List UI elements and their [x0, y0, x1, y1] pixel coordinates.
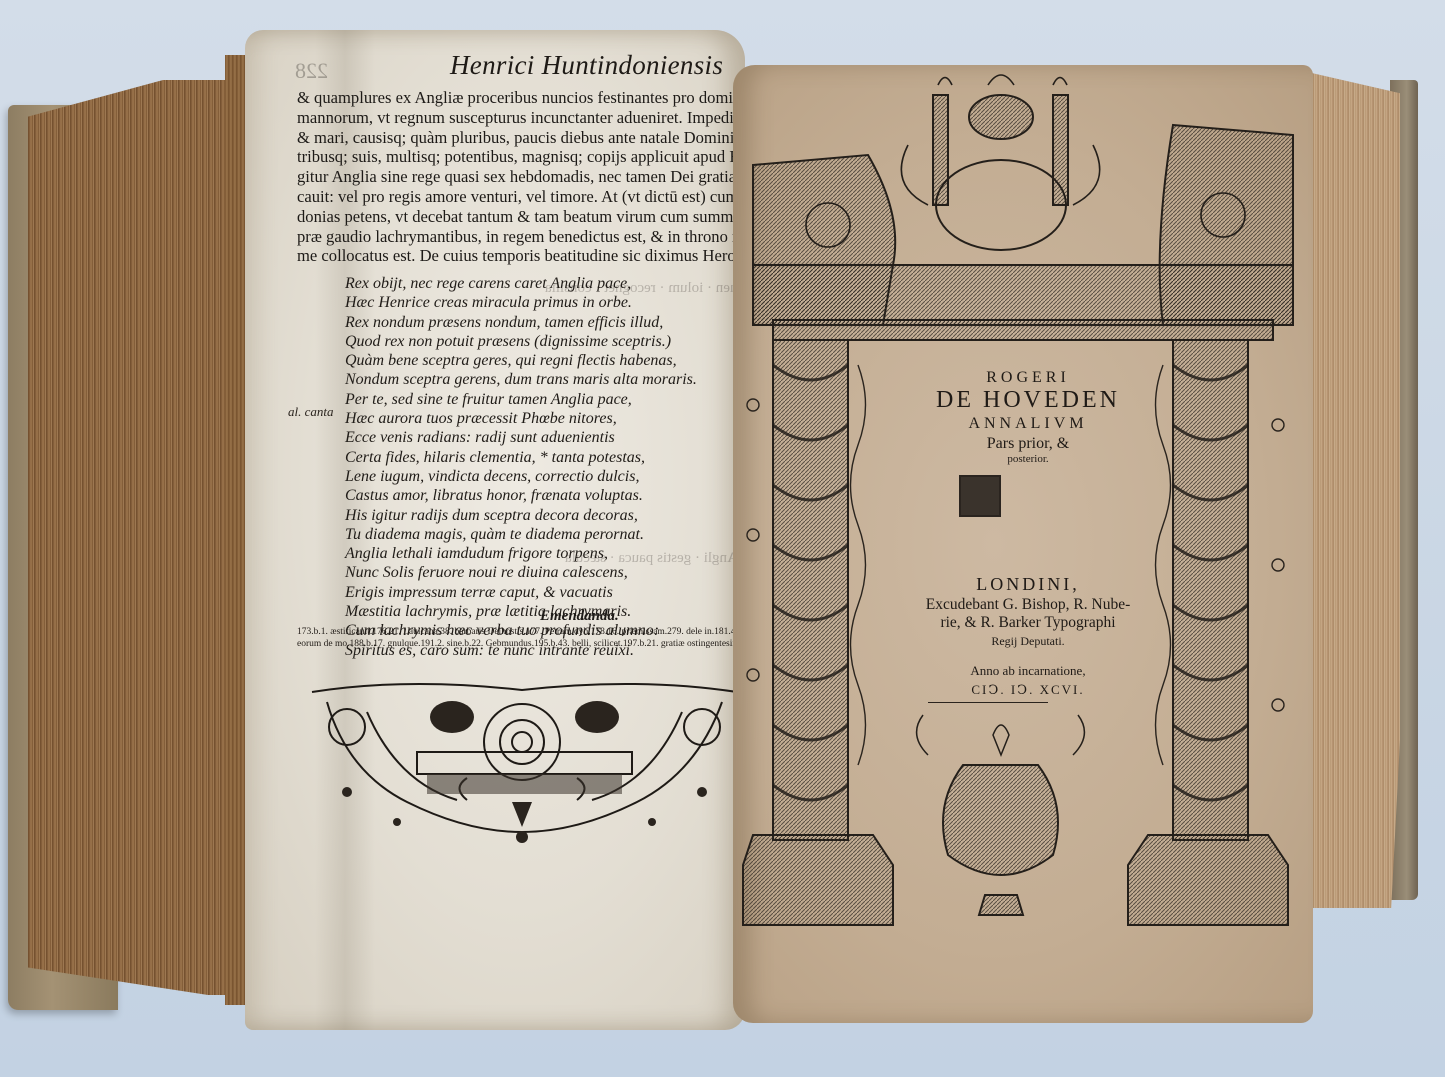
title-parts-cont: posterior.: [883, 453, 1173, 465]
prose-line: præ gaudio lachrymantibus, in regem bene…: [297, 227, 745, 247]
emendanda-line: eorum de mo.188.b.17. gnulque.191.2. sin…: [297, 638, 737, 650]
imprint-printers: Excudebant G. Bishop, R. Nube- rie, & R.…: [883, 596, 1173, 650]
verse-line: Certa fides, hilaris clementia, * tanta …: [345, 448, 697, 467]
prose-line: gitur Anglia sine rege quasi sex hebdoma…: [297, 167, 745, 187]
verse-line: Per te, sed sine te fruitur tamen Anglia…: [345, 390, 697, 409]
prose-line: me collocatus est. De cuius temporis bea…: [297, 246, 745, 266]
verse-line: Erigis impressum terræ caput, & vacuatis: [345, 583, 697, 602]
folio-number: 228: [295, 58, 328, 84]
verse-line: Tu diadema magis, quàm te diadema perorn…: [345, 525, 697, 544]
imprint-anno: Anno ab incarnatione,: [883, 663, 1173, 679]
verse-line: Quod rex non potuit præsens (dignissime …: [345, 332, 697, 351]
emendanda-list: 173.b.1. æstificauit.176.21. Laulcana.38…: [297, 626, 737, 650]
margin-note: al. canta: [288, 404, 334, 420]
imprint-rule: [928, 702, 1048, 703]
verse-block: Rex obijt, nec rege carens caret Anglia …: [345, 274, 697, 660]
woodcut-border-frame-icon: [733, 65, 1313, 1023]
verse-line: Anglia lethali iamdudum frigore torpens,: [345, 544, 697, 563]
title-page: ROGERI DE HOVEDEN ANNALIVM Pars prior, &…: [733, 65, 1313, 1023]
page-edges-left: [28, 80, 253, 995]
title-parts: Pars prior, &: [883, 435, 1173, 453]
verse-line: Nondum sceptra gerens, dum trans maris a…: [345, 370, 697, 389]
title-author-surname: DE HOVEDEN: [883, 387, 1173, 414]
title-work: ANNALIVM: [883, 415, 1173, 433]
prose-block: & quamplures ex Angliæ proceribus nuncio…: [297, 88, 745, 266]
verse-line: Ecce venis radians: radij sunt aduenient…: [345, 428, 697, 447]
emendanda-heading: Emendanda.: [540, 608, 619, 625]
verse-line: Hæc aurora tuos præcessit Phœbe nitores,: [345, 409, 697, 428]
verse-line: Hæc Henrice creas miracula primus in orb…: [345, 293, 697, 312]
imprint-line: Excudebant G. Bishop, R. Nube-: [883, 596, 1173, 614]
verse-line: Lene iugum, vindicta decens, correctio d…: [345, 467, 697, 486]
prose-line: tribusq; suis, multisq; potentibus, magn…: [297, 147, 745, 167]
printer-ornament-icon: [959, 475, 1001, 517]
verse-line: Rex nondum præsens nondum, tamen efficis…: [345, 313, 697, 332]
emendanda-line: 173.b.1. æstificauit.176.21. Laulcana.38…: [297, 626, 737, 638]
prose-line: & mari, causisq; quàm pluribus, paucis d…: [297, 128, 745, 148]
imprint-line: rie, & R. Barker Typographi: [883, 614, 1173, 632]
verse-line: Nunc Solis feruore noui re diuina calesc…: [345, 563, 697, 582]
left-page: frequen · iolum · recognet · consilia in…: [245, 30, 745, 1030]
prose-line: & quamplures ex Angliæ proceribus nuncio…: [297, 88, 745, 108]
title-author-forename: ROGERI: [883, 369, 1173, 387]
imprint-date: CIↃ. IↃ. XCVI.: [883, 682, 1173, 698]
woodcut-headpiece-icon: [307, 682, 742, 847]
prose-line: cauit: vel pro regis amore venturi, vel …: [297, 187, 745, 207]
imprint-line: Regij Deputati.: [883, 632, 1173, 650]
running-head: Henrici Huntindoniensis: [450, 50, 723, 81]
prose-line: mannorum, vt regnum suscepturus incuncta…: [297, 108, 745, 128]
verse-line: Rex obijt, nec rege carens caret Anglia …: [345, 274, 697, 293]
verse-line: Castus amor, libratus honor, frænata vol…: [345, 486, 697, 505]
prose-line: donias petens, vt decebat tantum & tam b…: [297, 207, 745, 227]
imprint-place: LONDINI,: [883, 574, 1173, 595]
verse-line: Quàm bene sceptra geres, qui regni flect…: [345, 351, 697, 370]
verse-line: His igitur radijs dum sceptra decora dec…: [345, 506, 697, 525]
verse-line: Mæstitia lachrymis, præ lætitia lachryma…: [345, 602, 697, 621]
